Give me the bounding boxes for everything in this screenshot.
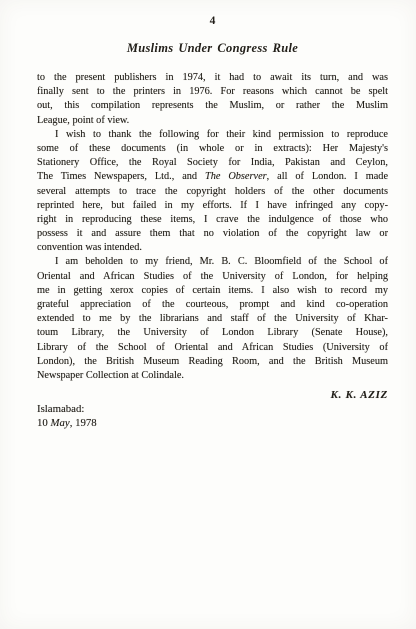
text-line: Oriental and African Studies of the Univ…: [37, 270, 388, 284]
text-run: , all of London. I made: [267, 171, 388, 182]
text-line: League, point of view.: [37, 114, 388, 128]
text-run: reprinted here, but failed in my efforts…: [37, 200, 388, 211]
text-run: toum Library, the University of London L…: [37, 327, 388, 338]
author-signature: K. K. AZIZ: [37, 388, 388, 402]
text-run: extended to me by the librarians and sta…: [37, 313, 388, 324]
italic-text-run: May: [51, 417, 70, 429]
text-run: right in reproducing these items, I crav…: [37, 214, 388, 225]
text-line: I wish to thank the following for their …: [37, 128, 388, 142]
page-number: 4: [37, 15, 388, 28]
text-line: some of these documents (in whole or in …: [37, 142, 388, 156]
text-run: The Times Newspapers, Ltd., and: [37, 171, 205, 182]
text-run: grateful appreciation of the courteous, …: [37, 299, 388, 310]
text-line: grateful appreciation of the courteous, …: [37, 298, 388, 312]
paragraph: I am beholden to my friend, Mr. B. C. Bl…: [37, 255, 388, 383]
text-run: Stationery Office, the Royal Society for…: [37, 157, 388, 168]
text-line: out, this compilation represents the Mus…: [37, 99, 388, 113]
text-run: convention was intended.: [37, 242, 142, 253]
text-run: League, point of view.: [37, 115, 129, 126]
text-line: The Times Newspapers, Ltd., and The Obse…: [37, 170, 388, 184]
text-line: several attempts to trace the copyright …: [37, 185, 388, 199]
text-line: me in getting xerox copies of certain it…: [37, 284, 388, 298]
text-line: reprinted here, but failed in my efforts…: [37, 199, 388, 213]
text-run: finally sent to the printers in 1976. Fo…: [37, 86, 388, 97]
text-run: , 1978: [70, 417, 97, 429]
paragraph: I wish to thank the following for their …: [37, 128, 388, 256]
text-run: out, this compilation represents the Mus…: [37, 100, 388, 111]
text-line: to the present publishers in 1974, it ha…: [37, 71, 388, 85]
running-head-title: Muslims Under Congress Rule: [37, 41, 388, 55]
text-run: 10: [37, 417, 51, 429]
paragraph: to the present publishers in 1974, it ha…: [37, 71, 388, 128]
date-line: 10 May, 1978: [37, 416, 97, 430]
text-line: Newspaper Collection at Colindale.: [37, 369, 388, 383]
text-run: Newspaper Collection at Colindale.: [37, 370, 184, 381]
text-line: Library of the School of Oriental and Af…: [37, 341, 388, 355]
text-run: several attempts to trace the copyright …: [37, 186, 388, 197]
scanned-book-page: 4 Muslims Under Congress Rule to the pre…: [0, 0, 416, 629]
text-run: possess it and assure them that no viola…: [37, 228, 388, 239]
text-line: toum Library, the University of London L…: [37, 326, 388, 340]
text-line: finally sent to the printers in 1976. Fo…: [37, 85, 388, 99]
text-line: London), the British Museum Reading Room…: [37, 355, 388, 369]
italic-text-run: The Observer: [205, 171, 267, 182]
text-run: Library of the School of Oriental and Af…: [37, 342, 388, 353]
text-run: London), the British Museum Reading Room…: [37, 356, 388, 367]
text-run: I am beholden to my friend, Mr. B. C. Bl…: [55, 256, 388, 267]
body-paragraphs: to the present publishers in 1974, it ha…: [37, 71, 388, 383]
text-run: to the present publishers in 1974, it ha…: [37, 72, 388, 83]
text-line: possess it and assure them that no viola…: [37, 227, 388, 241]
text-line: convention was intended.: [37, 241, 388, 255]
text-line: Stationery Office, the Royal Society for…: [37, 156, 388, 170]
text-run: me in getting xerox copies of certain it…: [37, 285, 388, 296]
text-run: some of these documents (in whole or in …: [37, 143, 388, 154]
text-run: I wish to thank the following for their …: [55, 129, 388, 140]
text-line: I am beholden to my friend, Mr. B. C. Bl…: [37, 255, 388, 269]
text-line: right in reproducing these items, I crav…: [37, 213, 388, 227]
text-line: extended to me by the librarians and sta…: [37, 312, 388, 326]
text-run: Oriental and African Studies of the Univ…: [37, 271, 388, 282]
place-line: Islamabad:: [37, 402, 84, 416]
